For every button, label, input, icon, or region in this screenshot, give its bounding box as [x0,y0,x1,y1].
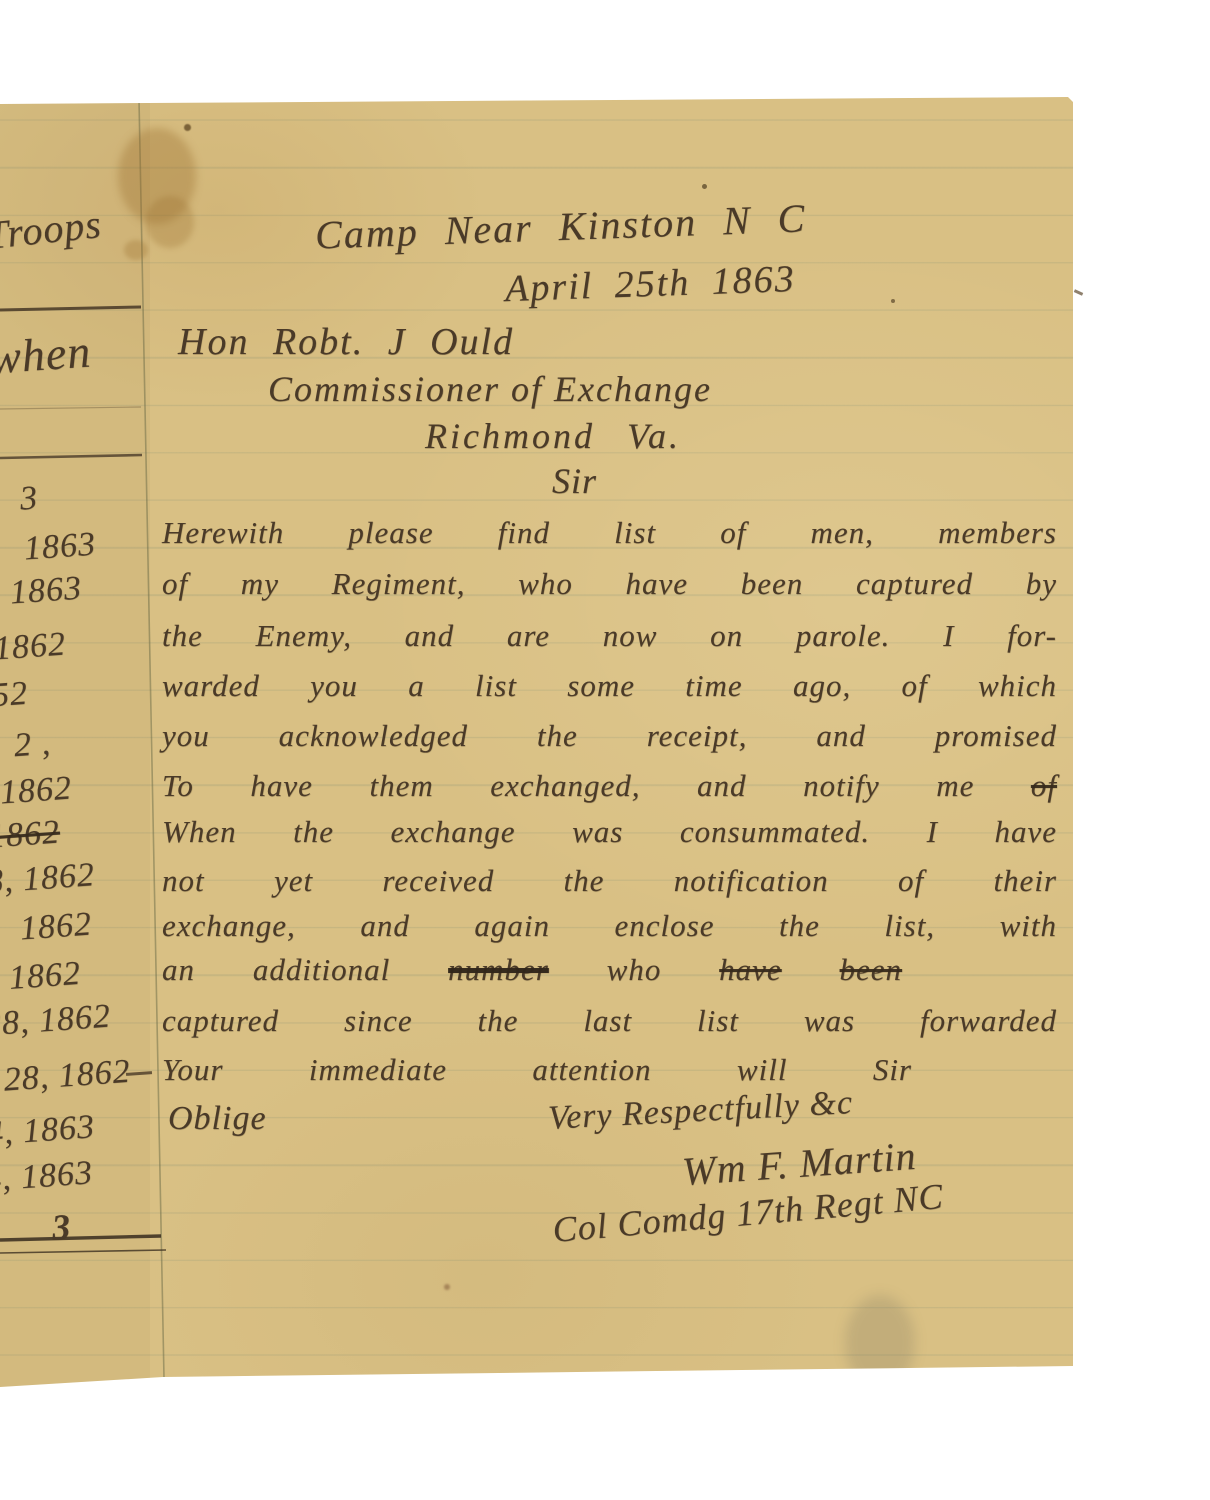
table-rule-bottom-1 [0,1236,161,1240]
date-entry: 8, 1862 [0,856,96,902]
body-line-10-scribbled-word: number [448,952,549,987]
body-line-2: of my Regiment, who have been captured b… [162,566,1057,602]
fold-seam-line [139,100,164,1378]
underlying-column-subheader: when [0,325,93,385]
closing-oblige: Oblige [168,1100,267,1138]
body-line-10: an additional number who have been [162,952,902,988]
date-entry: 1863 [9,570,83,613]
date-entry: 52 [0,675,29,715]
body-line-3: the Enemy, and are now on parole. I for- [162,618,1057,654]
date-entry: 1862 [0,770,73,813]
body-line-8: not yet received the notification of the… [162,863,1057,899]
body-line-7: When the exchange was consummated. I hav… [162,814,1057,850]
date-entry: 1862 [0,626,67,669]
table-rule-bottom-2 [0,1250,166,1253]
body-line-10-text-b: who [607,952,662,987]
body-line-11: captured since the last list was forward… [162,1003,1057,1039]
body-line-10-struck-word-2: been [840,952,903,987]
letter-paper-sheet: Troops when 3 1863 1863 1862 52 2 , 1862… [0,0,1210,1500]
table-rule-faint [0,407,141,409]
date-entry: 2 , [13,725,53,765]
recipient-title-line: Commissioner of Exchange [268,368,712,410]
date-entry: 1862 [19,906,93,949]
date-entry: 4, 1863 [0,1154,94,1200]
date-entry: 4, 1863 [0,1108,96,1154]
date-entry: 1863 [23,526,97,569]
body-line-5: you acknowledged the receipt, and promis… [162,718,1057,754]
body-line-6-text: To have them exchanged, and notify me [162,768,974,803]
body-line-6-struck-word: of [1031,768,1057,803]
date-entry: 3 [51,1205,73,1248]
recipient-name-line: Hon Robt. J Ould [178,320,514,364]
body-line-9: exchange, and again enclose the list, wi… [162,908,1057,944]
table-rule-top [0,307,141,310]
date-entry-struck: 1862 [0,814,61,857]
gray-smudge [845,1295,915,1390]
body-line-1: Herewith please find list of men, member… [162,515,1057,551]
body-line-10-struck-word-1: have [719,952,782,987]
table-rule-mid [0,455,142,458]
recipient-city-line: Richmond Va. [425,415,681,457]
date-entry: 3 [19,479,40,518]
edge-pen-tick [1074,289,1083,295]
body-line-10-text-a: an additional [162,952,390,987]
date-entry: , 1862 [0,955,82,999]
body-line-4: warded you a list some time ago, of whic… [162,668,1057,704]
body-line-12: Your immediate attention will Sir [162,1052,912,1088]
salutation: Sir [552,460,597,502]
scanned-letter-photo: Troops when 3 1863 1863 1862 52 2 , 1862… [0,0,1210,1500]
body-line-6: To have them exchanged, and notify me of [162,768,1057,804]
